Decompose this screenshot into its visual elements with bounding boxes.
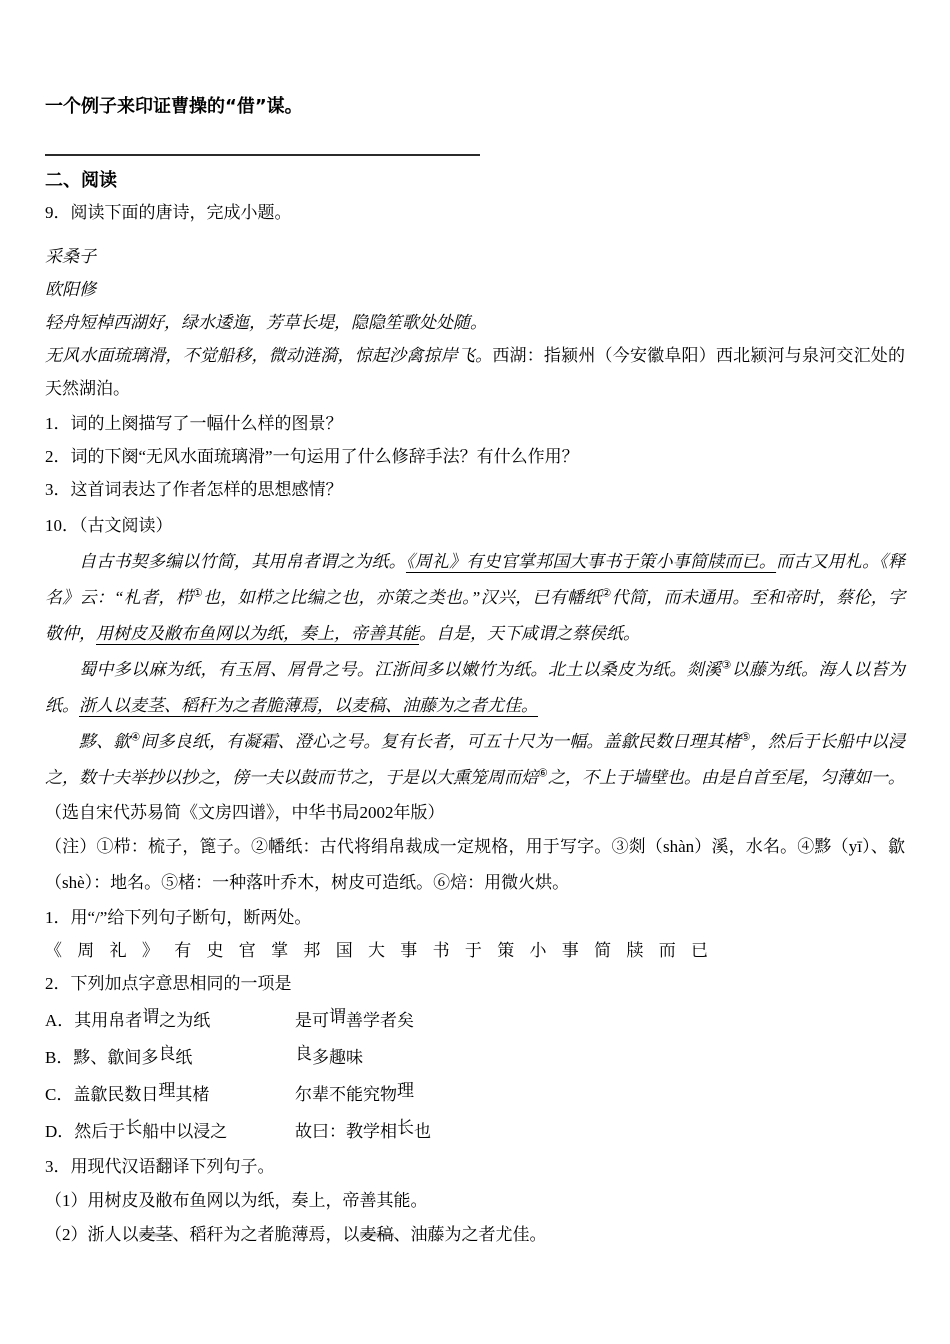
option-c-left: C．盖歙民数日理其楮 bbox=[45, 1076, 295, 1113]
option-row-a: A．其用帛者谓之为纸是可谓善学者矣 bbox=[45, 1002, 905, 1039]
answer-blank-line bbox=[45, 154, 480, 156]
q9-sub3: 3．这首词表达了作者怎样的思想感情？ bbox=[45, 473, 905, 506]
passage-source: （选自宋代苏易简《文房四谱》，中华书局2002年版） bbox=[45, 796, 905, 829]
option-d-left-text: 然后于长船中以浸之 bbox=[74, 1118, 227, 1141]
q10-sub3-prompt: 3．用现代汉语翻译下列句子。 bbox=[45, 1150, 905, 1184]
option-row-d: D．然后于长船中以浸之故曰：教学相长也 bbox=[45, 1113, 905, 1150]
option-a-right-text: 是可谓善学者矣 bbox=[295, 1007, 414, 1030]
option-c-label: C． bbox=[45, 1085, 73, 1104]
option-row-c: C．盖歙民数日理其楮尔辈不能究物理 bbox=[45, 1076, 905, 1113]
intro-line: 一个例子来印证曹操的“借”谋。 bbox=[45, 96, 905, 118]
poem-line-1: 轻舟短棹西湖好，绿水逶迤，芳草长堤，隐隐笙歌处处随。 bbox=[45, 306, 905, 339]
passage-notes: （注）①栉：梳子，篦子。②幡纸：古代将绢帛裁成一定规格，用于写字。③剡（shàn… bbox=[45, 829, 905, 901]
poem-title: 采桑子 bbox=[45, 240, 905, 273]
q10-sub2-prompt: 2．下列加点字意思相同的一项是 bbox=[45, 967, 905, 1000]
q10-header: 10．（古文阅读） bbox=[45, 509, 905, 542]
option-a-label: A． bbox=[45, 1011, 74, 1030]
option-c-right-text: 尔辈不能究物理 bbox=[295, 1081, 414, 1104]
option-a-left-text: 其用帛者谓之为纸 bbox=[74, 1007, 210, 1030]
option-d-left: D．然后于长船中以浸之 bbox=[45, 1113, 295, 1150]
q10-sub1-prompt: 1．用“/”给下列句子断句，断两处。 bbox=[45, 901, 905, 934]
passage-para-1: 自古书契多编以竹简，其用帛者谓之为纸。《周礼》有史官掌邦国大事书于策小事简牍而已… bbox=[45, 544, 905, 652]
poem-line-2-with-note: 无风水面琉璃滑，不觉船移，微动涟漪，惊起沙禽掠岸飞。西湖：指颍州（今安徽阜阳）西… bbox=[45, 339, 905, 405]
option-d-right-text: 故曰：教学相长也 bbox=[295, 1118, 431, 1141]
option-a-left: A．其用帛者谓之为纸 bbox=[45, 1002, 295, 1039]
option-row-b: B．黟、歙间多良纸良多趣味 bbox=[45, 1039, 905, 1076]
q9-sub1: 1．词的上阕描写了一幅什么样的图景？ bbox=[45, 407, 905, 440]
q9-prompt: 9．阅读下面的唐诗，完成小题。 bbox=[45, 202, 905, 224]
q10-sub1-sentence: 《周礼》有史官掌邦国大事书于策小事简牍而已 bbox=[45, 934, 905, 967]
q10-sub3-block: 3．用现代汉语翻译下列句子。 （1）用树皮及敝布鱼网以为纸，奏上，帝善其能。 （… bbox=[45, 1150, 905, 1252]
q9-sub2: 2．词的下阕“无风水面琉璃滑”一句运用了什么修辞手法？有什么作用？ bbox=[45, 440, 905, 473]
option-d-label: D． bbox=[45, 1122, 74, 1141]
section-title-reading: 二、阅读 bbox=[45, 170, 905, 192]
option-c-left-text: 盖歙民数日理其楮 bbox=[73, 1081, 209, 1104]
option-b-left: B．黟、歙间多良纸 bbox=[45, 1039, 295, 1076]
poem-author: 欧阳修 bbox=[45, 273, 905, 306]
passage-para-3: 黟、歙④间多良纸，有凝霜、澄心之号。复有长者，可五十尺为一幅。盖歙民数日理其楮⑤… bbox=[45, 724, 905, 796]
exam-page: 一个例子来印证曹操的“借”谋。 二、阅读 9．阅读下面的唐诗，完成小题。 采桑子… bbox=[0, 0, 950, 1252]
q10-trans-2: （2）浙人以麦茎、稻秆为之者脆薄焉，以麦稿、油藤为之者尤佳。 bbox=[45, 1218, 905, 1252]
option-b-label: B． bbox=[45, 1048, 73, 1067]
option-b-right-text: 良多趣味 bbox=[295, 1044, 363, 1067]
q10-trans-1: （1）用树皮及敝布鱼网以为纸，奏上，帝善其能。 bbox=[45, 1184, 905, 1218]
poem-line-2: 无风水面琉璃滑，不觉船移，微动涟漪，惊起沙禽掠岸飞。 bbox=[45, 346, 492, 365]
passage-para-2: 蜀中多以麻为纸，有玉屑、屑骨之号。江浙间多以嫩竹为纸。北土以桑皮为纸。剡溪③以藤… bbox=[45, 652, 905, 724]
option-b-left-text: 黟、歙间多良纸 bbox=[73, 1044, 192, 1067]
